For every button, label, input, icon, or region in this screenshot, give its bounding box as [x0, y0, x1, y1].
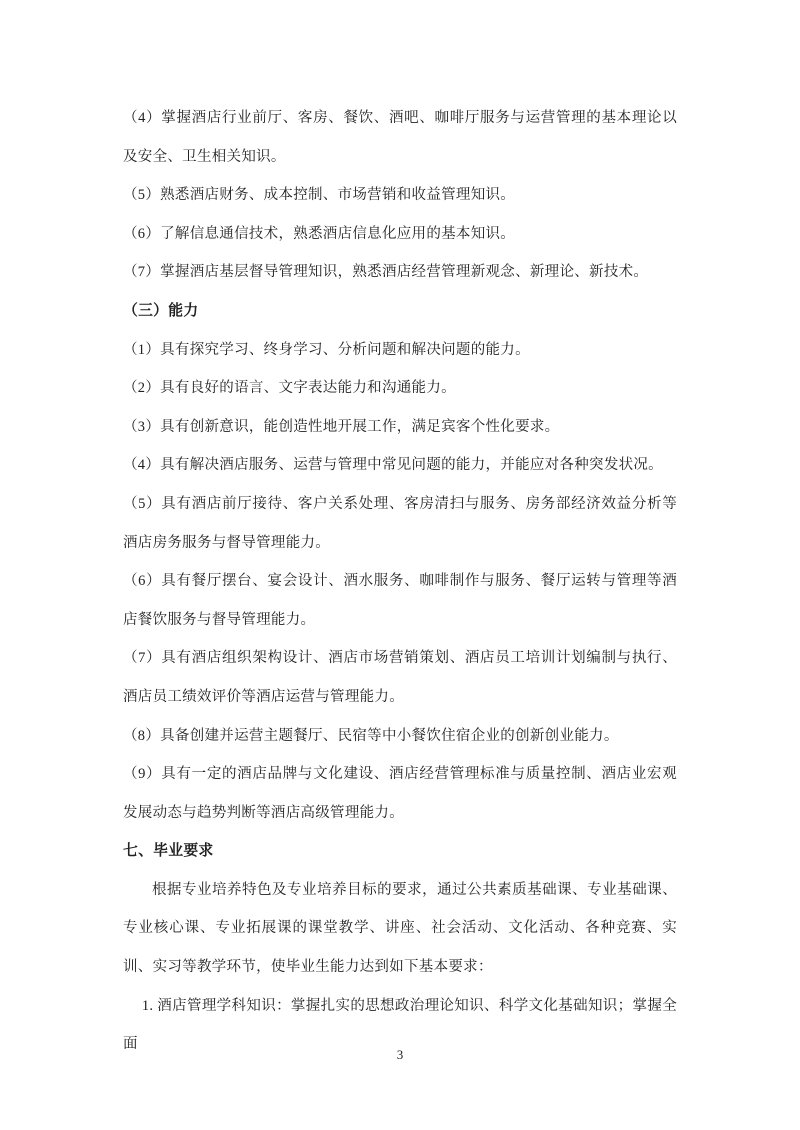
- paragraph-ability-6: （6）具有餐厅摆台、宴会设计、酒水服务、咖啡制作与服务、餐厅运转与管理等酒店餐饮…: [123, 562, 677, 639]
- page-number: 3: [397, 1047, 404, 1062]
- paragraph-ability-3: （3）具有创新意识，能创造性地开展工作，满足宾客个性化要求。: [123, 408, 677, 447]
- section-heading-ability: （三）能力: [123, 292, 677, 331]
- paragraph-knowledge-6: （6）了解信息通信技术，熟悉酒店信息化应用的基本知识。: [123, 215, 677, 254]
- page-body-text: （4）掌握酒店行业前厅、客房、餐饮、酒吧、咖啡厅服务与运营管理的基本理论以及安全…: [123, 99, 677, 1064]
- paragraph-ability-4: （4）具有解决酒店服务、运营与管理中常见问题的能力，并能应对各种突发状况。: [123, 446, 677, 485]
- paragraph-ability-1: （1）具有探究学习、终身学习、分析问题和解决问题的能力。: [123, 331, 677, 370]
- paragraph-ability-2: （2）具有良好的语言、文字表达能力和沟通能力。: [123, 369, 677, 408]
- paragraph-knowledge-5: （5）熟悉酒店财务、成本控制、市场营销和收益管理知识。: [123, 176, 677, 215]
- paragraph-ability-7: （7）具有酒店组织架构设计、酒店市场营销策划、酒店员工培训计划编制与执行、酒店员…: [123, 639, 677, 716]
- document-page: （4）掌握酒店行业前厅、客房、餐饮、酒吧、咖啡厅服务与运营管理的基本理论以及安全…: [0, 0, 800, 1130]
- paragraph-ability-9: （9）具有一定的酒店品牌与文化建设、酒店经营管理标准与质量控制、酒店业宏观发展动…: [123, 755, 677, 832]
- paragraph-ability-5: （5）具有酒店前厅接待、客户关系处理、客房清扫与服务、房务部经济效益分析等酒店房…: [123, 485, 677, 562]
- paragraph-ability-8: （8）具备创建并运营主题餐厅、民宿等中小餐饮住宿企业的创新创业能力。: [123, 717, 677, 756]
- page-footer: 3: [0, 1045, 800, 1065]
- paragraph-graduation-intro: 根据专业培养特色及专业培养目标的要求，通过公共素质基础课、专业基础课、专业核心课…: [123, 871, 677, 987]
- paragraph-knowledge-4: （4）掌握酒店行业前厅、客房、餐饮、酒吧、咖啡厅服务与运营管理的基本理论以及安全…: [123, 99, 677, 176]
- paragraph-knowledge-7: （7）掌握酒店基层督导管理知识，熟悉酒店经营管理新观念、新理论、新技术。: [123, 253, 677, 292]
- section-heading-graduation-requirements: 七、毕业要求: [123, 832, 677, 871]
